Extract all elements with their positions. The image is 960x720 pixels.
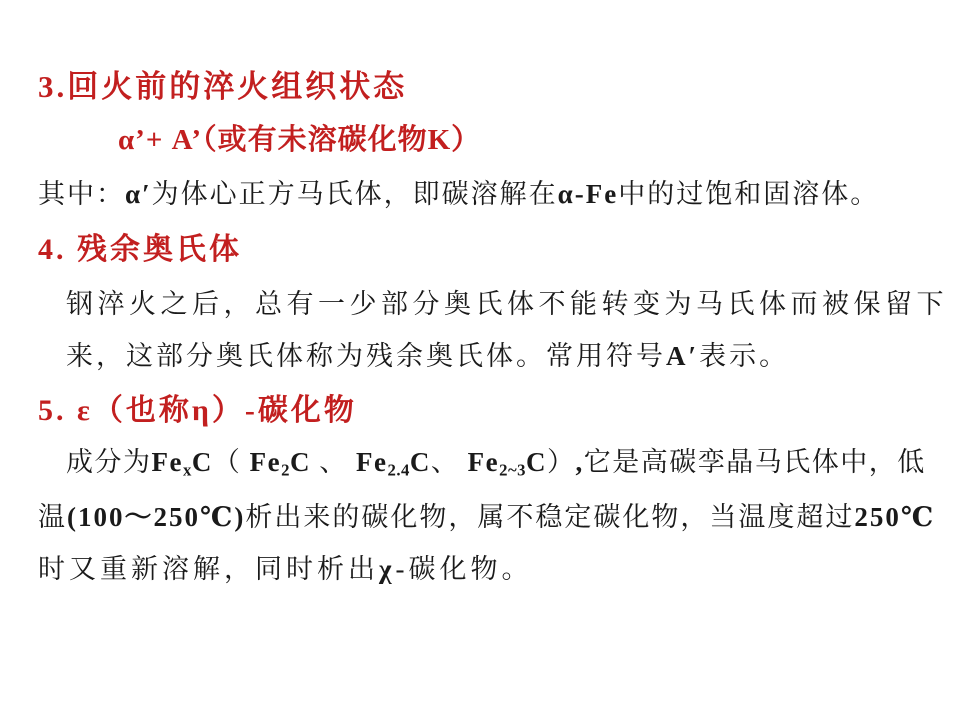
text-run: 回火前的淬火组织状态 xyxy=(67,69,407,104)
text-run: C xyxy=(192,447,213,477)
text-run: 来，这部分奥氏体称为残余奥氏体。常用符号 xyxy=(66,341,666,371)
text-run: 钢淬火之后，总有一少部分奥氏体不能转变为马氏体而被保留下 xyxy=(66,289,948,319)
text-run: 表示。 xyxy=(699,341,789,371)
text-run: Fe xyxy=(250,447,281,477)
text-run: C xyxy=(410,447,431,477)
text-run: A′ xyxy=(666,341,699,371)
heading-epsilon-carbide: 5. ε（也称η）-碳化物 xyxy=(38,393,357,429)
body-martensite-definition: 其中：α′为体心正方马氏体，即碳溶解在α-Fe中的过饱和固溶体。 xyxy=(38,178,879,210)
text-run: 析出来的碳化物，属不稳定碳化物，当温度超过 xyxy=(245,502,854,532)
text-run: 、 xyxy=(431,447,468,477)
text-run: （也称 xyxy=(93,394,192,427)
text-run: Fe xyxy=(468,447,499,477)
body-retained-austenite-line2: 来，这部分奥氏体称为残余奥氏体。常用符号A′表示。 xyxy=(66,340,789,372)
text-run: 温 xyxy=(38,502,67,532)
formula-alpha-plus-austenite: α’+ A’（或有未溶碳化物K） xyxy=(118,123,481,158)
text-run: 、 xyxy=(311,447,356,477)
text-run: 2~3 xyxy=(499,461,526,480)
text-run: Fe xyxy=(152,447,183,477)
text-run: C xyxy=(290,447,311,477)
text-run: χ xyxy=(379,554,395,584)
text-run: 3. xyxy=(38,69,67,104)
text-run: (100～250℃) xyxy=(67,502,245,532)
text-run: α’+ A’ xyxy=(118,124,202,156)
body-retained-austenite-line1: 钢淬火之后，总有一少部分奥氏体不能转变为马氏体而被保留下 xyxy=(66,288,948,320)
text-run: K xyxy=(428,124,452,156)
text-run: 5. ε xyxy=(38,394,93,427)
text-run: Fe xyxy=(356,447,387,477)
body-carbide-composition-line3: 时又重新溶解，同时析出χ-碳化物。 xyxy=(38,553,532,585)
text-run: 4. xyxy=(38,233,77,266)
text-run: -碳化物。 xyxy=(395,554,532,584)
text-run: 为体心正方马氏体，即碳溶解在 xyxy=(152,179,558,209)
text-run: ）-碳化物 xyxy=(212,394,357,427)
body-carbide-composition-line2: 温(100～250℃)析出来的碳化物，属不稳定碳化物，当温度超过250℃ xyxy=(38,501,935,533)
text-run: ） xyxy=(547,447,576,477)
text-run: 2.4 xyxy=(387,461,409,480)
text-run: 它是高碳孪晶马氏体中，低 xyxy=(584,447,926,477)
text-run: C xyxy=(526,447,547,477)
heading-retained-austenite: 4. 残余奥氏体 xyxy=(38,232,242,268)
text-run: 成分为 xyxy=(66,447,152,477)
body-carbide-composition-line1: 成分为FexC（ Fe2C 、 Fe2.4C、 Fe2~3C）,它是高碳孪晶马氏… xyxy=(66,446,926,481)
heading-quench-structure-before-tempering: 3.回火前的淬火组织状态 xyxy=(38,68,407,105)
text-run: 时又重新溶解，同时析出 xyxy=(38,554,379,584)
slide: 3.回火前的淬火组织状态 α’+ A’（或有未溶碳化物K） 其中：α′为体心正方… xyxy=(0,0,960,720)
text-run: η xyxy=(192,394,212,427)
text-run: α-Fe xyxy=(558,179,619,209)
text-run: 250℃ xyxy=(854,502,935,532)
text-run: , xyxy=(576,447,584,477)
text-run: x xyxy=(183,461,192,480)
text-run: 其中： xyxy=(38,179,125,209)
text-run: α′ xyxy=(125,179,152,209)
text-run: 中的过饱和固溶体。 xyxy=(618,179,879,209)
text-run: （或有未溶碳化物 xyxy=(202,124,428,156)
text-run: 残余奥氏体 xyxy=(77,233,242,266)
text-run: ） xyxy=(451,124,481,156)
text-run: （ xyxy=(213,447,250,477)
text-run: 2 xyxy=(281,461,290,480)
